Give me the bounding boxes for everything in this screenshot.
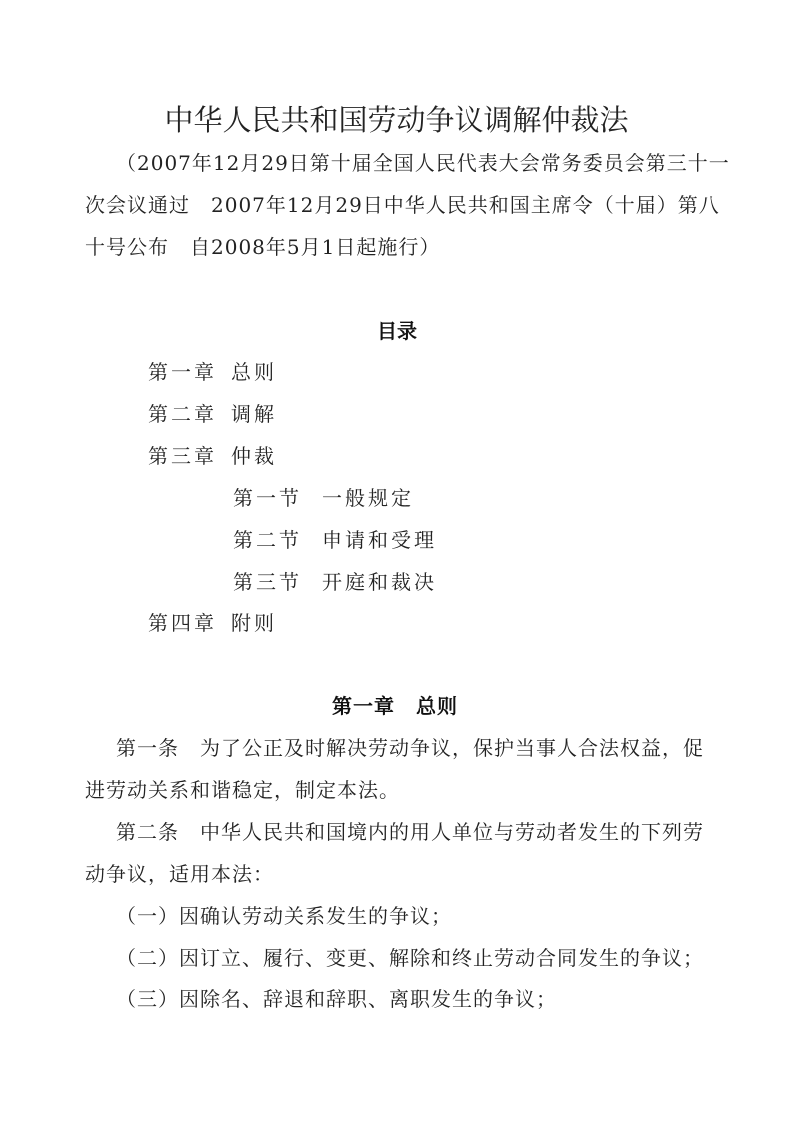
toc-item-chapter: 第一章总则: [148, 356, 277, 385]
article-line: 第一条 为了公正及时解决劳动争议，保护当事人合法权益，促: [116, 732, 704, 761]
toc-item-section: 第一节一般规定: [233, 482, 414, 511]
toc-item-number: 第二节: [233, 528, 302, 552]
preamble-line: （2007年12月29日第十届全国人民代表大会常务委员会第三十一: [116, 147, 730, 176]
toc-item-number: 第三章: [148, 444, 217, 468]
toc-item-label: 开庭和裁决: [322, 570, 437, 594]
toc-item-chapter: 第三章仲裁: [148, 440, 277, 469]
article-line: 第二条 中华人民共和国境内的用人单位与劳动者发生的下列劳: [116, 816, 704, 845]
toc-item-chapter: 第四章附则: [148, 607, 277, 636]
list-item: （一）因确认劳动关系发生的争议；: [116, 900, 452, 929]
toc-item-label: 一般规定: [322, 486, 414, 510]
toc-item-section: 第二节申请和受理: [233, 524, 437, 553]
toc-heading: 目录: [377, 315, 417, 344]
toc-item-section: 第三节开庭和裁决: [233, 566, 437, 595]
document-title: 中华人民共和国劳动争议调解仲裁法: [0, 98, 793, 139]
preamble-line: 次会议通过 2007年12月29日中华人民共和国主席令（十届）第八: [85, 189, 720, 218]
toc-item-label: 附则: [231, 611, 277, 635]
toc-item-number: 第四章: [148, 611, 217, 635]
toc-item-number: 第三节: [233, 570, 302, 594]
toc-item-label: 申请和受理: [322, 528, 437, 552]
toc-item-number: 第二章: [148, 402, 217, 426]
toc-item-label: 仲裁: [231, 444, 277, 468]
toc-item-label: 调解: [231, 402, 277, 426]
toc-item-label: 总则: [231, 360, 277, 384]
preamble-line: 十号公布 自2008年5月1日起施行）: [85, 231, 440, 260]
chapter-heading: 第一章 总则: [332, 690, 458, 719]
toc-item-chapter: 第二章调解: [148, 398, 277, 427]
article-line: 动争议，适用本法：: [85, 858, 274, 887]
toc-item-number: 第一节: [233, 486, 302, 510]
list-item: （三）因除名、辞退和辞职、离职发生的争议；: [116, 983, 557, 1012]
article-line: 进劳动关系和谐稳定，制定本法。: [85, 774, 400, 803]
toc-item-number: 第一章: [148, 360, 217, 384]
list-item: （二）因订立、履行、变更、解除和终止劳动合同发生的争议；: [116, 942, 704, 971]
